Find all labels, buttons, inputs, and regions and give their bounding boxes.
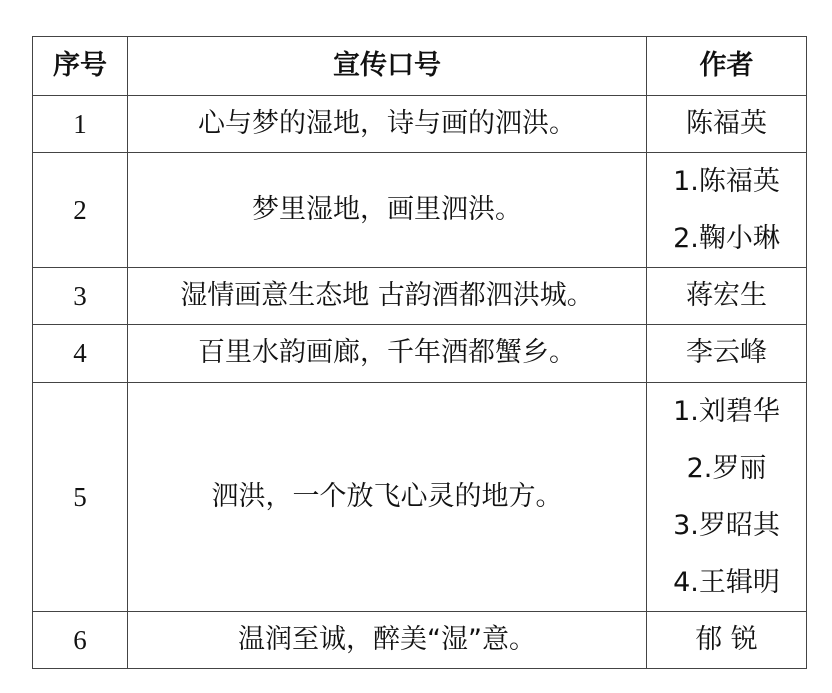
row-number: 6	[33, 612, 128, 669]
header-row: 序号 宣传口号 作者	[33, 37, 807, 96]
header-slogan: 宣传口号	[128, 37, 647, 96]
row-slogan: 梦里湿地，画里泗洪。	[128, 153, 647, 268]
slogan-table: 序号 宣传口号 作者 1 心与梦的湿地，诗与画的泗洪。 陈福英 2 梦里湿地，画…	[32, 36, 807, 669]
row-author: 李云峰	[647, 325, 807, 383]
author-item: 2.鞠小琳	[647, 210, 806, 267]
row-slogan: 湿情画意生态地 古韵酒都泗洪城。	[128, 268, 647, 325]
row-slogan: 百里水韵画廊，千年酒都蟹乡。	[128, 325, 647, 383]
row-authors: 1.刘碧华 2.罗丽 3.罗昭其 4.王辑明	[647, 383, 807, 612]
author-item: 3.罗昭其	[647, 497, 806, 554]
row-number: 3	[33, 268, 128, 325]
table-row: 1 心与梦的湿地，诗与画的泗洪。 陈福英	[33, 96, 807, 153]
author-item: 4.王辑明	[647, 554, 806, 611]
table-row: 2 梦里湿地，画里泗洪。 1.陈福英 2.鞠小琳	[33, 153, 807, 268]
row-number: 5	[33, 383, 128, 612]
row-author: 郁 锐	[647, 612, 807, 669]
row-number: 1	[33, 96, 128, 153]
author-item: 2.罗丽	[647, 440, 806, 497]
author-item: 1.刘碧华	[647, 383, 806, 440]
row-number: 4	[33, 325, 128, 383]
header-author: 作者	[647, 37, 807, 96]
row-slogan: 心与梦的湿地，诗与画的泗洪。	[128, 96, 647, 153]
header-number: 序号	[33, 37, 128, 96]
row-author: 蒋宏生	[647, 268, 807, 325]
author-item: 1.陈福英	[647, 153, 806, 210]
row-slogan: 温润至诚，醉美“湿”意。	[128, 612, 647, 669]
row-slogan: 泗洪，一个放飞心灵的地方。	[128, 383, 647, 612]
row-author: 陈福英	[647, 96, 807, 153]
table-row: 3 湿情画意生态地 古韵酒都泗洪城。 蒋宏生	[33, 268, 807, 325]
table-row: 6 温润至诚，醉美“湿”意。 郁 锐	[33, 612, 807, 669]
row-authors: 1.陈福英 2.鞠小琳	[647, 153, 807, 268]
row-number: 2	[33, 153, 128, 268]
table-row: 5 泗洪，一个放飞心灵的地方。 1.刘碧华 2.罗丽 3.罗昭其 4.王辑明	[33, 383, 807, 612]
table-row: 4 百里水韵画廊，千年酒都蟹乡。 李云峰	[33, 325, 807, 383]
